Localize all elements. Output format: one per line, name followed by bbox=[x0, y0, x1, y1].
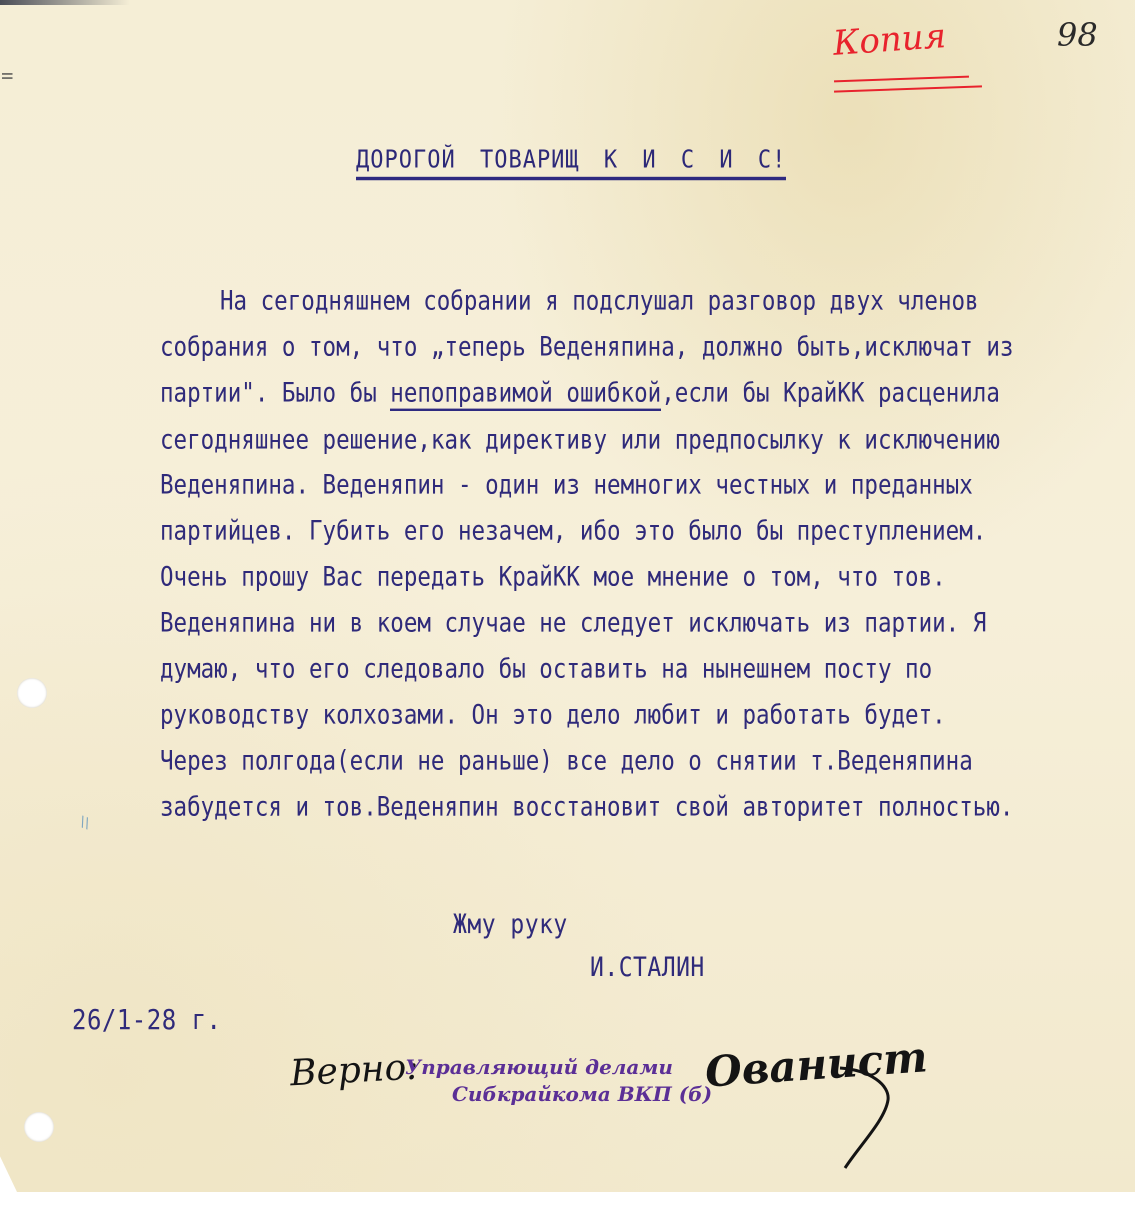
body-line: партии". Было бы непоправимой ошибкой,ес… bbox=[160, 377, 1000, 408]
red-underline bbox=[834, 85, 982, 92]
page-number: 98 bbox=[1057, 16, 1098, 54]
body-line: думаю, что его следовало бы оставить на … bbox=[160, 653, 932, 684]
document-page: ІІ \\ Копия 98 ДОРОГОЙ ТОВАРИЩ К И С И С… bbox=[0, 0, 1135, 1192]
page-edge-shadow bbox=[0, 0, 130, 5]
body-line: руководству колхозами. Он это дело любит… bbox=[160, 699, 946, 730]
body-text: партии". Было бы bbox=[160, 377, 390, 408]
body-line: партийцев. Губить его незачем, ибо это б… bbox=[160, 515, 986, 546]
punch-hole bbox=[24, 1112, 54, 1142]
body-line: Очень прошу Вас передать КрайКК мое мнен… bbox=[160, 561, 946, 592]
body-line: Веденяпина ни в коем случае не следует и… bbox=[160, 607, 986, 638]
typed-signature: И.СТАЛИН bbox=[590, 953, 705, 983]
letter-heading: ДОРОГОЙ ТОВАРИЩ К И С И С! bbox=[356, 146, 786, 181]
red-underline bbox=[834, 76, 969, 83]
body-line: сегодняшнее решение,как директиву или пр… bbox=[160, 424, 1000, 455]
margin-mark: \\ bbox=[78, 814, 92, 832]
body-line: На сегодняшнем собрании я подслушал разг… bbox=[220, 285, 979, 316]
stamp-line-2: Сибкрайкома ВКП (б) bbox=[452, 1082, 712, 1106]
punch-hole bbox=[17, 678, 47, 708]
signature-flourish bbox=[830, 1060, 900, 1170]
certified-label: Верно: bbox=[289, 1047, 419, 1095]
body-line: забудется и тов.Веденяпин восстановит св… bbox=[160, 791, 1013, 822]
closing-phrase: Жму руку bbox=[453, 910, 568, 940]
body-line: собрания о том, что „теперь Веденяпина, … bbox=[160, 331, 1013, 362]
red-annotation: Копия bbox=[832, 16, 948, 64]
margin-mark: ІІ bbox=[0, 72, 14, 80]
body-line: Веденяпина. Веденяпин - один из немногих… bbox=[160, 469, 973, 500]
body-line: Через полгода(если не раньше) все дело о… bbox=[160, 745, 973, 776]
letter-date: 26/1-28 г. bbox=[72, 1004, 222, 1036]
stamp-line-1: Управляющий делами bbox=[405, 1055, 673, 1079]
emphasized-phrase: непоправимой ошибкой bbox=[390, 377, 661, 411]
body-text: ,если бы КрайКК расценила bbox=[661, 377, 1000, 408]
